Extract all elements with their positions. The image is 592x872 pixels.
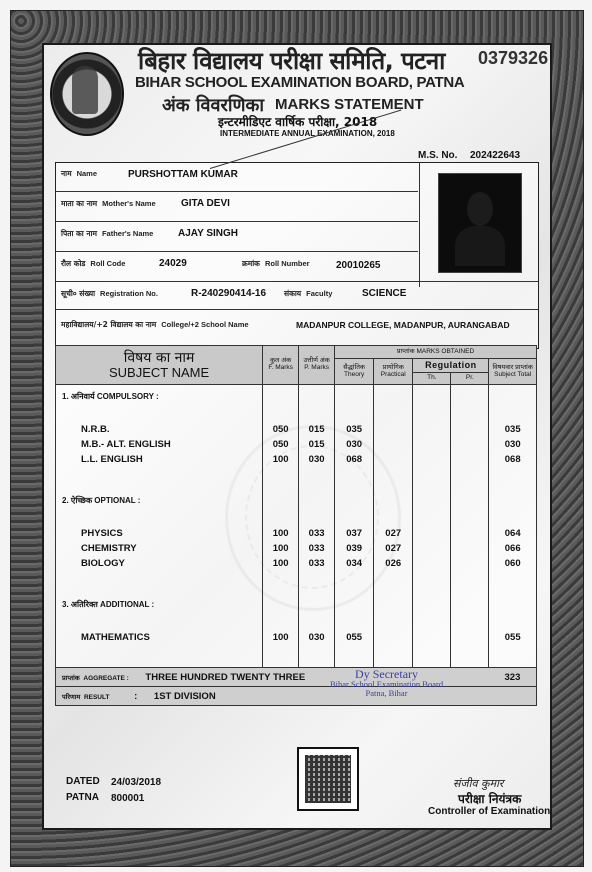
cell-reg-th	[413, 541, 451, 556]
spacer	[263, 645, 299, 668]
table-row: BIOLOGY100033034026060	[56, 556, 537, 571]
table-row: MATHEMATICS100030055055	[56, 630, 537, 645]
result-label-hindi: परिणाम	[62, 694, 80, 701]
row-divider	[56, 191, 418, 192]
mother-label: माता का नामMother's Name	[61, 199, 156, 209]
empty-cell	[489, 385, 537, 408]
empty-cell	[263, 489, 299, 511]
spacer	[413, 645, 451, 668]
cell-full: 050	[263, 422, 299, 437]
cell-theory: 030	[335, 437, 374, 452]
header-subject-hindi: विषय का नाम	[56, 351, 262, 366]
college-label-hindi: महाविद्यालय/+2 विद्यालय का नाम	[61, 320, 156, 329]
spacer	[56, 615, 263, 630]
cell-pass: 015	[299, 437, 335, 452]
cell-total: 064	[489, 526, 537, 541]
spacer	[374, 645, 413, 668]
cell-practical	[374, 630, 413, 645]
subject-name: PHYSICS	[56, 526, 263, 541]
empty-cell	[413, 489, 451, 511]
roll-number-label: क्रमांकRoll Number	[242, 259, 310, 269]
spacer	[413, 407, 451, 422]
result-row: परिणाम RESULT : 1ST DIVISION	[56, 687, 537, 706]
header-marks-obtained: प्राप्तांक MARKS OBTAINED	[335, 346, 537, 359]
header-obtained-hindi: प्राप्तांक	[397, 348, 415, 355]
table-row: CHEMISTRY100033039027066	[56, 541, 537, 556]
registration-no: R-240290414-16	[191, 288, 266, 299]
spacer	[451, 511, 489, 526]
controller-title-hindi: परीक्षा नियंत्रक	[458, 790, 521, 807]
dated-value: 24/03/2018	[111, 777, 161, 788]
father-label: पिता का नामFather's Name	[61, 229, 153, 239]
place-label: PATNA	[66, 792, 99, 803]
college-name: MADANPUR COLLEGE, MADANPUR, AURANGABAD	[296, 320, 510, 330]
spacer	[335, 467, 374, 489]
cell-theory: 034	[335, 556, 374, 571]
cell-total: 068	[489, 452, 537, 467]
subject-name: M.B.- ALT. ENGLISH	[56, 437, 263, 452]
table-row: PHYSICS100033037027064	[56, 526, 537, 541]
header-full-marks-english: F. Marks	[263, 365, 298, 372]
aggregate-label-english: AGGREGATE :	[83, 675, 128, 682]
cell-full: 050	[263, 437, 299, 452]
qr-code-icon	[297, 747, 359, 811]
cell-full: 100	[263, 630, 299, 645]
cell-theory: 068	[335, 452, 374, 467]
spacer	[413, 615, 451, 630]
spacer	[56, 511, 263, 526]
spacer	[299, 407, 335, 422]
row-divider	[56, 251, 418, 252]
faculty: SCIENCE	[362, 288, 406, 299]
roll-number-label-english: Roll Number	[265, 259, 310, 268]
student-name: PURSHOTTAM KUMAR	[128, 169, 238, 180]
cell-total: 055	[489, 630, 537, 645]
spacer	[263, 407, 299, 422]
spacer	[489, 615, 537, 630]
cell-theory: 035	[335, 422, 374, 437]
result-label-english: RESULT	[84, 694, 110, 701]
cell-reg-pr	[451, 556, 489, 571]
mother-name: GITA DEVI	[181, 198, 230, 209]
mother-label-english: Mother's Name	[102, 199, 155, 208]
controller-title-english: Controller of Examination	[428, 806, 550, 817]
registration-label-hindi: सूची० संख्या	[61, 289, 95, 298]
college-label-english: College/+2 School Name	[161, 320, 248, 329]
cell-full: 100	[263, 556, 299, 571]
seal-figure-icon	[72, 66, 98, 114]
spacer	[335, 407, 374, 422]
cell-total: 066	[489, 541, 537, 556]
empty-cell	[374, 489, 413, 511]
cell-pass: 030	[299, 452, 335, 467]
spacer	[451, 407, 489, 422]
empty-cell	[374, 385, 413, 408]
subject-name: N.R.B.	[56, 422, 263, 437]
place-value: 800001	[111, 793, 144, 804]
aggregate-label-hindi: प्राप्तांक	[62, 675, 80, 682]
spacer	[451, 467, 489, 489]
empty-cell	[451, 385, 489, 408]
exam-title-english: INTERMEDIATE ANNUAL EXAMINATION, 2018	[220, 129, 395, 138]
cell-reg-pr	[451, 526, 489, 541]
spacer	[374, 615, 413, 630]
spacer-row	[56, 615, 537, 630]
table-row: L.L. ENGLISH100030068068	[56, 452, 537, 467]
student-info-box: नामName PURSHOTTAM KUMAR माता का नामMoth…	[55, 162, 539, 349]
aggregate-label: प्राप्तांक AGGREGATE :	[56, 675, 129, 682]
dy-secretary-stamp: Dy Secretary Bihar School Examination Bo…	[330, 668, 443, 697]
qr-pattern	[305, 755, 351, 803]
spacer	[299, 645, 335, 668]
spacer	[299, 571, 335, 593]
cell-reg-th	[413, 422, 451, 437]
spacer	[56, 645, 263, 668]
spacer	[374, 511, 413, 526]
cell-pass: 030	[299, 630, 335, 645]
spacer	[413, 467, 451, 489]
spacer	[489, 645, 537, 668]
section-title: 3. अतिरिक्त ADDITIONAL :	[56, 593, 263, 615]
father-name: AJAY SINGH	[178, 228, 238, 239]
spacer	[335, 615, 374, 630]
result-cell: परिणाम RESULT : 1ST DIVISION	[56, 687, 537, 706]
aggregate-row: प्राप्तांक AGGREGATE : THREE HUNDRED TWE…	[56, 668, 537, 687]
header-subject-total-english: Subject Total	[489, 372, 536, 379]
result-label: परिणाम RESULT	[56, 694, 109, 701]
spacer-row	[56, 467, 537, 489]
header-reg-th: Th.	[413, 373, 451, 385]
cell-practical	[374, 437, 413, 452]
cell-total: 030	[489, 437, 537, 452]
dated-label: DATED	[66, 776, 100, 787]
spacer	[335, 571, 374, 593]
spacer	[299, 511, 335, 526]
cell-practical	[374, 452, 413, 467]
empty-cell	[451, 489, 489, 511]
subject-name: L.L. ENGLISH	[56, 452, 263, 467]
roll-code-label-hindi: रौल कोड	[61, 259, 85, 268]
cell-reg-th	[413, 437, 451, 452]
header-practical-english: Practical	[374, 372, 412, 379]
ms-no-label: M.S. No.	[418, 150, 457, 161]
photo-body	[455, 226, 505, 266]
spacer	[335, 645, 374, 668]
father-label-english: Father's Name	[102, 229, 153, 238]
header-regulation: Regulation	[413, 359, 489, 373]
ms-no-value: 202422643	[470, 150, 520, 161]
subject-name: BIOLOGY	[56, 556, 263, 571]
aggregate-words: THREE HUNDRED TWENTY THREE	[145, 672, 305, 683]
photo-face	[467, 192, 493, 226]
spacer	[374, 571, 413, 593]
name-label-hindi: नाम	[61, 169, 72, 178]
empty-cell	[335, 593, 374, 615]
spacer	[413, 571, 451, 593]
empty-cell	[413, 593, 451, 615]
spacer-row	[56, 645, 537, 668]
cell-total: 035	[489, 422, 537, 437]
spacer	[263, 571, 299, 593]
empty-cell	[489, 593, 537, 615]
section-title: 2. ऐच्छिक OPTIONAL :	[56, 489, 263, 511]
roll-code: 24029	[159, 258, 187, 269]
subject-name: CHEMISTRY	[56, 541, 263, 556]
cell-reg-pr	[451, 452, 489, 467]
header-pass-marks: उत्तीर्ण अंक P. Marks	[299, 346, 335, 385]
header-practical: प्रायोगिक Practical	[374, 359, 413, 385]
section-header-row: 2. ऐच्छिक OPTIONAL :	[56, 489, 537, 511]
spacer	[263, 467, 299, 489]
cell-reg-pr	[451, 541, 489, 556]
spacer	[489, 571, 537, 593]
spacer	[451, 645, 489, 668]
header-subject-total: विषयवार प्राप्तांक Subject Total	[489, 359, 537, 385]
cell-pass: 033	[299, 526, 335, 541]
empty-cell	[263, 593, 299, 615]
empty-cell	[263, 385, 299, 408]
cell-reg-th	[413, 630, 451, 645]
header-subject: विषय का नाम SUBJECT NAME	[56, 346, 263, 385]
board-name-english: BIHAR SCHOOL EXAMINATION BOARD, PATNA	[135, 74, 464, 91]
spacer	[56, 571, 263, 593]
father-label-hindi: पिता का नाम	[61, 229, 97, 238]
result-colon: :	[134, 691, 137, 702]
header-full-marks: कुल अंक F. Marks	[263, 346, 299, 385]
cell-reg-th	[413, 556, 451, 571]
cell-full: 100	[263, 452, 299, 467]
spacer	[489, 511, 537, 526]
spacer	[335, 511, 374, 526]
photo-column	[419, 163, 538, 287]
cell-total: 060	[489, 556, 537, 571]
cell-reg-pr	[451, 422, 489, 437]
college-label: महाविद्यालय/+2 विद्यालय का नामCollege/+2…	[61, 320, 249, 330]
spacer	[56, 467, 263, 489]
aggregate-total: 323	[489, 668, 537, 687]
faculty-label-english: Faculty	[306, 289, 332, 298]
cell-reg-th	[413, 526, 451, 541]
board-name-hindi: बिहार विद्यालय परीक्षा समिति, पटना	[138, 44, 445, 77]
header-obtained-english: MARKS OBTAINED	[416, 348, 474, 355]
spacer	[263, 511, 299, 526]
header-reg-pr: Pr.	[451, 373, 489, 385]
table-row: M.B.- ALT. ENGLISH050015030030	[56, 437, 537, 452]
empty-cell	[335, 385, 374, 408]
empty-cell	[299, 385, 335, 408]
spacer	[263, 615, 299, 630]
cell-reg-th	[413, 452, 451, 467]
row-divider	[56, 309, 538, 310]
empty-cell	[413, 385, 451, 408]
spacer	[489, 407, 537, 422]
cell-practical	[374, 422, 413, 437]
spacer-row	[56, 407, 537, 422]
cell-theory: 055	[335, 630, 374, 645]
cell-pass: 033	[299, 556, 335, 571]
name-label: नामName	[61, 169, 97, 179]
header-theory-english: Theory	[335, 372, 373, 379]
faculty-label: संकायFaculty	[284, 289, 332, 299]
marks-body: 1. अनिवार्य COMPULSORY :N.R.B.0500150350…	[56, 385, 537, 668]
subject-name: MATHEMATICS	[56, 630, 263, 645]
roll-code-label-english: Roll Code	[90, 259, 125, 268]
empty-cell	[335, 489, 374, 511]
cell-practical: 027	[374, 526, 413, 541]
empty-cell	[374, 593, 413, 615]
cell-theory: 037	[335, 526, 374, 541]
spacer	[374, 467, 413, 489]
spacer	[451, 615, 489, 630]
header-pass-marks-english: P. Marks	[299, 365, 334, 372]
marks-table: विषय का नाम SUBJECT NAME कुल अंक F. Mark…	[55, 345, 537, 706]
empty-cell	[489, 489, 537, 511]
controller-signature: संजीव कुमार	[453, 776, 503, 791]
header-theory: सैद्धांतिक Theory	[335, 359, 374, 385]
result-value: 1ST DIVISION	[154, 691, 216, 702]
cell-reg-pr	[451, 630, 489, 645]
cell-practical: 026	[374, 556, 413, 571]
roll-number: 20010265	[336, 260, 381, 271]
roll-code-label: रौल कोडRoll Code	[61, 259, 125, 269]
section-header-row: 3. अतिरिक्त ADDITIONAL :	[56, 593, 537, 615]
cell-practical: 027	[374, 541, 413, 556]
empty-cell	[451, 593, 489, 615]
spacer	[489, 467, 537, 489]
exam-title-hindi: इन्टरमीडिएट वार्षिक परीक्षा, 2018	[218, 113, 377, 130]
cell-full: 100	[263, 526, 299, 541]
row-divider	[56, 221, 418, 222]
table-row: N.R.B.050015035035	[56, 422, 537, 437]
spacer	[374, 407, 413, 422]
cell-theory: 039	[335, 541, 374, 556]
cell-reg-pr	[451, 437, 489, 452]
spacer	[299, 615, 335, 630]
spacer	[413, 511, 451, 526]
stamp-line-3: Patna, Bihar	[330, 689, 443, 698]
cell-full: 100	[263, 541, 299, 556]
name-label-english: Name	[77, 169, 97, 178]
faculty-label-hindi: संकाय	[284, 289, 301, 298]
registration-label: सूची० संख्याRegistration No.	[61, 289, 158, 299]
spacer-row	[56, 511, 537, 526]
empty-cell	[299, 593, 335, 615]
spacer	[56, 407, 263, 422]
section-header-row: 1. अनिवार्य COMPULSORY :	[56, 385, 537, 408]
mother-label-hindi: माता का नाम	[61, 199, 97, 208]
spacer-row	[56, 571, 537, 593]
registration-label-english: Registration No.	[100, 289, 158, 298]
section-title: 1. अनिवार्य COMPULSORY :	[56, 385, 263, 408]
cell-pass: 033	[299, 541, 335, 556]
empty-cell	[299, 489, 335, 511]
roll-number-label-hindi: क्रमांक	[242, 259, 260, 268]
student-photo	[438, 173, 522, 273]
spacer	[299, 467, 335, 489]
spacer	[451, 571, 489, 593]
header-subject-english: SUBJECT NAME	[56, 366, 262, 380]
serial-number: 0379326	[478, 48, 548, 69]
cell-pass: 015	[299, 422, 335, 437]
